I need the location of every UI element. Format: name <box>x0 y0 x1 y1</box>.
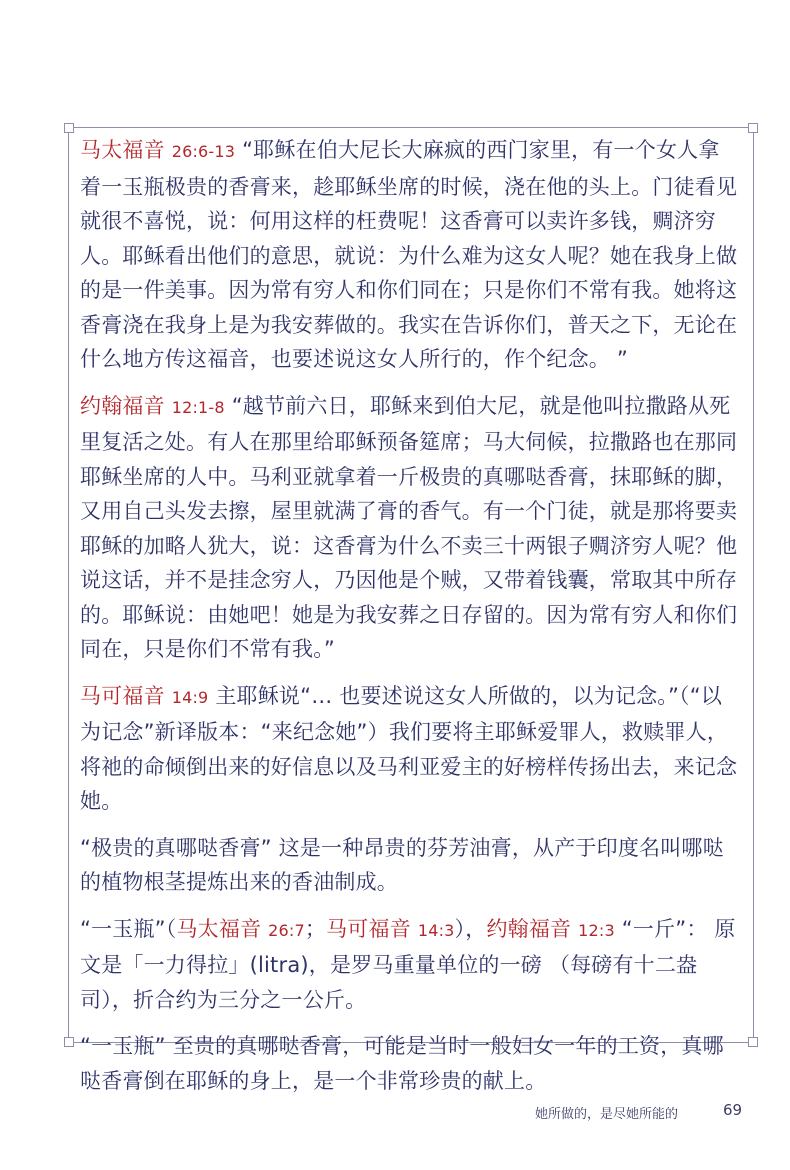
corner-ornament <box>64 123 74 133</box>
text-box-content: 马太福音 26:6-13 “耶稣在伯大尼长大麻疯的西门家里，有一个女人拿着一玉瓶… <box>80 133 740 1110</box>
note-value: “一玉瓶” 至贵的真哪哒香膏，可能是当时一般妇女一年的工资，真哪哒香膏倒在耶稣的… <box>80 1029 740 1098</box>
scripture-ref-book: 马可福音 <box>80 684 165 708</box>
corner-ornament <box>748 1037 758 1047</box>
scripture-ref-num: 12:1-8 <box>172 398 225 417</box>
scripture-ref-book: 约翰福音 <box>80 394 165 418</box>
page-number: 69 <box>723 1101 742 1119</box>
scripture-ref-book: 马可福音 <box>326 917 411 941</box>
scripture-ref-num: 26:6-13 <box>172 142 235 161</box>
scripture-ref-book: 马太福音 <box>176 917 261 941</box>
scripture-ref-num: 26:7 <box>268 921 305 940</box>
passage-john: 约翰福音 12:1-8 “越节前六日，耶稣来到伯大尼，就是他叫拉撒路从死里复活之… <box>80 389 740 667</box>
scripture-ref-num: 14:3 <box>418 921 455 940</box>
scripture-ref-num: 14:9 <box>172 688 209 707</box>
corner-ornament <box>64 1037 74 1047</box>
running-title: 她所做的，是尽她所能的 <box>535 1103 678 1122</box>
note-alabaster: “一玉瓶”（马太福音 26:7；马可福音 14:3），约翰福音 12:3 “一斤… <box>80 912 740 1018</box>
note-text: ； <box>305 917 326 941</box>
scripture-ref-num: 12:3 <box>578 921 615 940</box>
corner-ornament <box>748 123 758 133</box>
passage-text: “越节前六日，耶稣来到伯大尼，就是他叫拉撒路从死里复活之处。有人在那里给耶稣预备… <box>80 394 737 662</box>
note-nard: “极贵的真哪哒香膏” 这是一种昂贵的芬芳油膏，从产于印度名叫哪哒的植物根茎提炼出… <box>80 831 740 900</box>
passage-mark: 马可福音 14:9 主耶稣说“… 也要述说这女人所做的，以为记念。”（“以为记念… <box>80 679 740 819</box>
scripture-ref-book: 马太福音 <box>80 138 165 162</box>
note-text: “一玉瓶”（ <box>80 917 176 941</box>
passage-matthew: 马太福音 26:6-13 “耶稣在伯大尼长大麻疯的西门家里，有一个女人拿着一玉瓶… <box>80 133 740 377</box>
scripture-ref-book: 约翰福音 <box>486 917 571 941</box>
passage-text: “耶稣在伯大尼长大麻疯的西门家里，有一个女人拿着一玉瓶极贵的香膏来，趁耶稣坐席的… <box>80 138 737 371</box>
note-text: ）， <box>455 917 487 941</box>
